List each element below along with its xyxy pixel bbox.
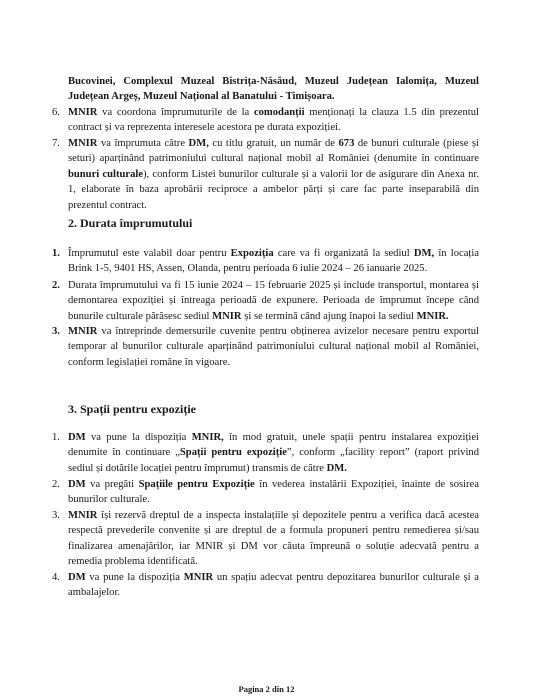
section-heading-duration: 2. Durata împrumutului: [68, 216, 192, 231]
item-text: MNIR va coordona împrumuturile de la com…: [68, 107, 479, 133]
museum-list-continuation: Bucovinei, Complexul Muzeal Bistrița-Năs…: [68, 74, 479, 104]
clause-2-2: 2. Durata împrumutului va fi 15 iunie 20…: [68, 278, 479, 324]
item-number: 3.: [52, 508, 60, 523]
document-page: Bucovinei, Complexul Muzeal Bistrița-Năs…: [0, 0, 533, 700]
item-number: 6.: [52, 105, 60, 120]
clause-1-6: 6. MNIR va coordona împrumuturile de la …: [68, 105, 479, 136]
item-number: 2.: [52, 278, 60, 293]
item-number: 3.: [52, 324, 60, 339]
page-number: Pagina 2 din 12: [0, 684, 533, 694]
item-text: DM va pune la dispoziția MNIR un spațiu …: [68, 572, 479, 598]
item-text: MNIR va întreprinde demersurile cuvenite…: [68, 326, 479, 368]
item-text: Împrumutul este valabil doar pentru Expo…: [68, 248, 479, 274]
item-text: DM va pregăti Spațiile pentru Expoziție …: [68, 479, 479, 505]
clause-3-1: 1. DM va pune la dispoziția MNIR, în mod…: [68, 430, 479, 476]
item-text: MNIR va împrumuta către DM, cu titlu gra…: [68, 138, 479, 211]
item-text: DM va pune la dispoziția MNIR, în mod gr…: [68, 432, 479, 474]
clause-3-3: 3. MNIR își rezervă dreptul de a inspect…: [68, 508, 479, 570]
item-number: 2.: [52, 477, 60, 492]
clause-2-3: 3. MNIR va întreprinde demersurile cuven…: [68, 324, 479, 370]
item-number: 1.: [52, 246, 60, 261]
item-number: 4.: [52, 570, 60, 585]
item-number: 7.: [52, 136, 60, 151]
clause-3-2: 2. DM va pregăti Spațiile pentru Expoziț…: [68, 477, 479, 508]
item-number: 1.: [52, 430, 60, 445]
item-text: Durata împrumutului va fi 15 iunie 2024 …: [68, 280, 479, 322]
clause-2-1: 1. Împrumutul este valabil doar pentru E…: [68, 246, 479, 277]
clause-3-4: 4. DM va pune la dispoziția MNIR un spaț…: [68, 570, 479, 601]
section-heading-exhibition-spaces: 3. Spații pentru expoziție: [68, 402, 196, 417]
clause-1-7: 7. MNIR va împrumuta către DM, cu titlu …: [68, 136, 479, 213]
item-text: MNIR își rezervă dreptul de a inspecta i…: [68, 510, 479, 567]
